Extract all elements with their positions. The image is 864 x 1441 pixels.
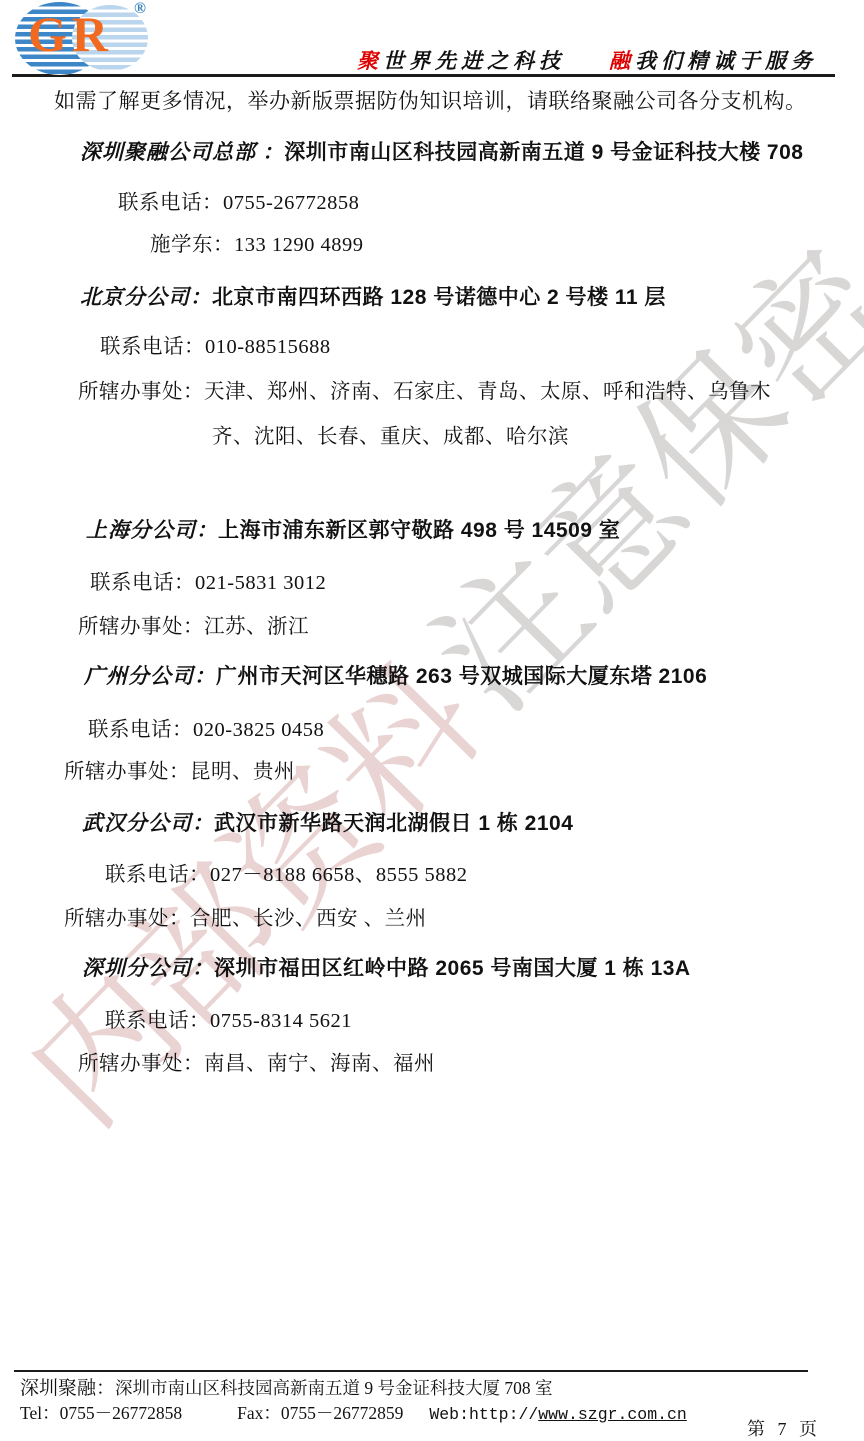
slogan-text-2: 我们精诚于服务 xyxy=(635,49,817,73)
section-heading-hq: 深圳聚融公司总部 ：深圳市南山区科技园高新南五道 9 号金证科技大楼 708 xyxy=(80,139,803,166)
shanghai-label: 上海分公司： xyxy=(86,518,218,542)
watermark-gap xyxy=(488,718,498,728)
beijing-phone-line: 联系电话：010-88515688 xyxy=(100,335,331,361)
footer-web: Web:http://www.szgr.com.cn xyxy=(429,1405,686,1424)
company-slogan: 聚世界先进之科技融我们精诚于服务 xyxy=(357,45,817,75)
beijing-offices-line-2: 齐、沈阳、长春、重庆、成都、哈尔滨 xyxy=(212,425,569,451)
shenzhen-branch-address: 深圳市福田区红岭中路 2065 号南国大厦 1 栋 13A xyxy=(214,957,691,980)
section-heading-shanghai: 上海分公司：上海市浦东新区郭守敬路 498 号 14509 室 xyxy=(86,517,620,544)
guangzhou-label: 广州分公司： xyxy=(84,664,216,688)
beijing-label: 北京分公司： xyxy=(80,285,212,309)
beijing-offices-line: 所辖办事处：天津、郑州、济南、石家庄、青岛、太原、呼和浩特、乌鲁木 xyxy=(78,380,771,406)
shenzhen-branch-label: 深圳分公司： xyxy=(82,956,214,980)
shanghai-offices-line: 所辖办事处：江苏、浙江 xyxy=(78,615,309,641)
section-heading-shenzhen-branch: 深圳分公司：深圳市福田区红岭中路 2065 号南国大厦 1 栋 13A xyxy=(82,955,691,982)
hq-label: 深圳聚融公司总部 ： xyxy=(80,140,284,164)
shanghai-address: 上海市浦东新区郭守敬路 498 号 14509 室 xyxy=(218,519,620,542)
page-number: 第 7 页 xyxy=(747,1418,821,1441)
slogan-accent-1: 聚 xyxy=(357,49,383,73)
hq-contact-line: 施学东：133 1290 4899 xyxy=(150,233,364,259)
section-heading-wuhan: 武汉分公司：武汉市新华路天润北湖假日 1 栋 2104 xyxy=(82,810,573,837)
logo-gr-letters: GR xyxy=(28,9,113,59)
footer-company-name: 深圳聚融： xyxy=(20,1378,115,1399)
intro-paragraph: 如需了解更多情况，举办新版票据防伪知识培训，请联络聚融公司各分支机构。 xyxy=(54,88,807,114)
guangzhou-address: 广州市天河区华穗路 263 号双城国际大厦东塔 2106 xyxy=(216,665,707,688)
guangzhou-phone-line: 联系电话：020-3825 0458 xyxy=(88,718,324,744)
footer-company-address: 深圳聚融：深圳市南山区科技园高新南五道 9 号金证科技大厦 708 室 xyxy=(20,1377,553,1401)
hq-address: 深圳市南山区科技园高新南五道 9 号金证科技大楼 708 xyxy=(284,141,803,164)
slogan-accent-2: 融 xyxy=(609,49,635,73)
wuhan-label: 武汉分公司： xyxy=(82,811,214,835)
wuhan-address: 武汉市新华路天润北湖假日 1 栋 2104 xyxy=(214,812,573,835)
guangzhou-offices-line: 所辖办事处：昆明、贵州 xyxy=(64,760,295,786)
registered-trademark-icon: ® xyxy=(134,0,146,18)
company-logo: GR ® xyxy=(15,2,150,76)
footer-company-addr: 深圳市南山区科技园高新南五道 9 号金证科技大厦 708 室 xyxy=(115,1378,553,1398)
footer-tel: Tel：0755－26772858 xyxy=(20,1403,182,1423)
section-heading-beijing: 北京分公司：北京市南四环西路 128 号诺德中心 2 号楼 11 层 xyxy=(80,284,666,311)
footer-divider xyxy=(14,1370,808,1372)
wuhan-phone-line: 联系电话：027－8188 6658、8555 5882 xyxy=(105,863,468,889)
section-heading-guangzhou: 广州分公司：广州市天河区华穗路 263 号双城国际大厦东塔 2106 xyxy=(84,663,707,690)
slogan-text-1: 世界先进之科技 xyxy=(383,49,565,73)
shanghai-phone-line: 联系电话：021-5831 3012 xyxy=(90,571,326,597)
wuhan-offices-line: 所辖办事处：合肥、长沙、西安 、兰州 xyxy=(64,907,427,933)
hq-phone-line: 联系电话：0755-26772858 xyxy=(118,191,359,217)
footer-web-prefix: Web:http:// xyxy=(429,1405,538,1424)
footer-web-url-link[interactable]: www.szgr.com.cn xyxy=(538,1405,687,1424)
shenzhen-branch-offices-line: 所辖办事处：南昌、南宁、海南、福州 xyxy=(78,1052,435,1078)
footer-fax: Fax：0755－26772859 xyxy=(237,1403,403,1423)
beijing-address: 北京市南四环西路 128 号诺德中心 2 号楼 11 层 xyxy=(212,286,666,309)
document-page: 内部资料注意保密 GR ® 聚世界先进之科技融我们精诚于服务 如需了解更多情况，… xyxy=(0,0,864,1441)
footer-contacts: Tel：0755－26772858Fax：0755－26772859Web:ht… xyxy=(20,1403,687,1426)
shenzhen-branch-phone-line: 联系电话：0755-8314 5621 xyxy=(105,1009,352,1035)
